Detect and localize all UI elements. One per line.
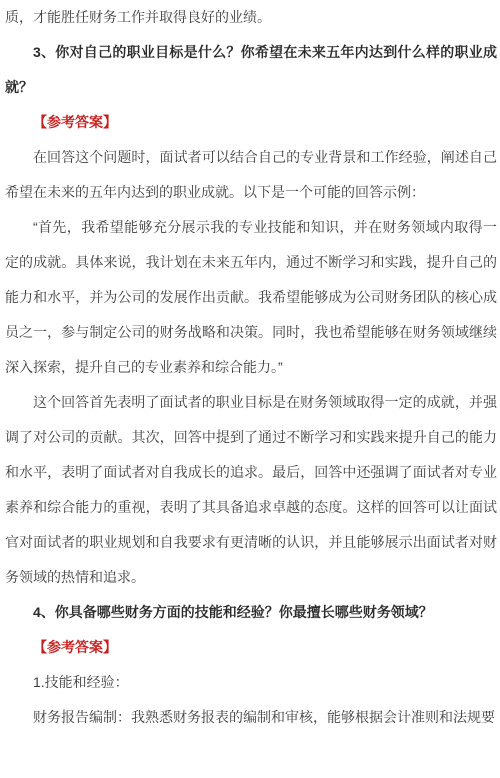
question-3-heading: 3、你对自己的职业目标是什么？你希望在未来五年内达到什么样的职业成就？ [5,35,497,105]
financial-reporting-paragraph-truncated: 财务报告编制：我熟悉财务报表的编制和审核，能够根据会计准则和法规要 [5,700,497,735]
skills-experience-list-header: 1.技能和经验： [5,665,497,700]
answer-intro-paragraph: 在回答这个问题时，面试者可以结合自己的专业背景和工作经验，阐述自己希望在未来的五… [5,140,497,210]
question-4-heading: 4、你具备哪些财务方面的技能和经验？你最擅长哪些财务领域？ [5,595,497,630]
reference-answer-label-1: 【参考答案】 [5,105,497,140]
document-page: 质，才能胜任财务工作并取得良好的业绩。 3、你对自己的职业目标是什么？你希望在未… [0,0,500,778]
answer-analysis-paragraph: 这个回答首先表明了面试者的职业目标是在财务领域取得一定的成就，并强调了对公司的贡… [5,385,497,595]
sample-answer-quote-paragraph: “首先，我希望能够充分展示我的专业技能和知识，并在财务领域内取得一定的成就。具体… [5,210,497,385]
reference-answer-label-2: 【参考答案】 [5,630,497,665]
paragraph-continuation: 质，才能胜任财务工作并取得良好的业绩。 [5,0,497,35]
